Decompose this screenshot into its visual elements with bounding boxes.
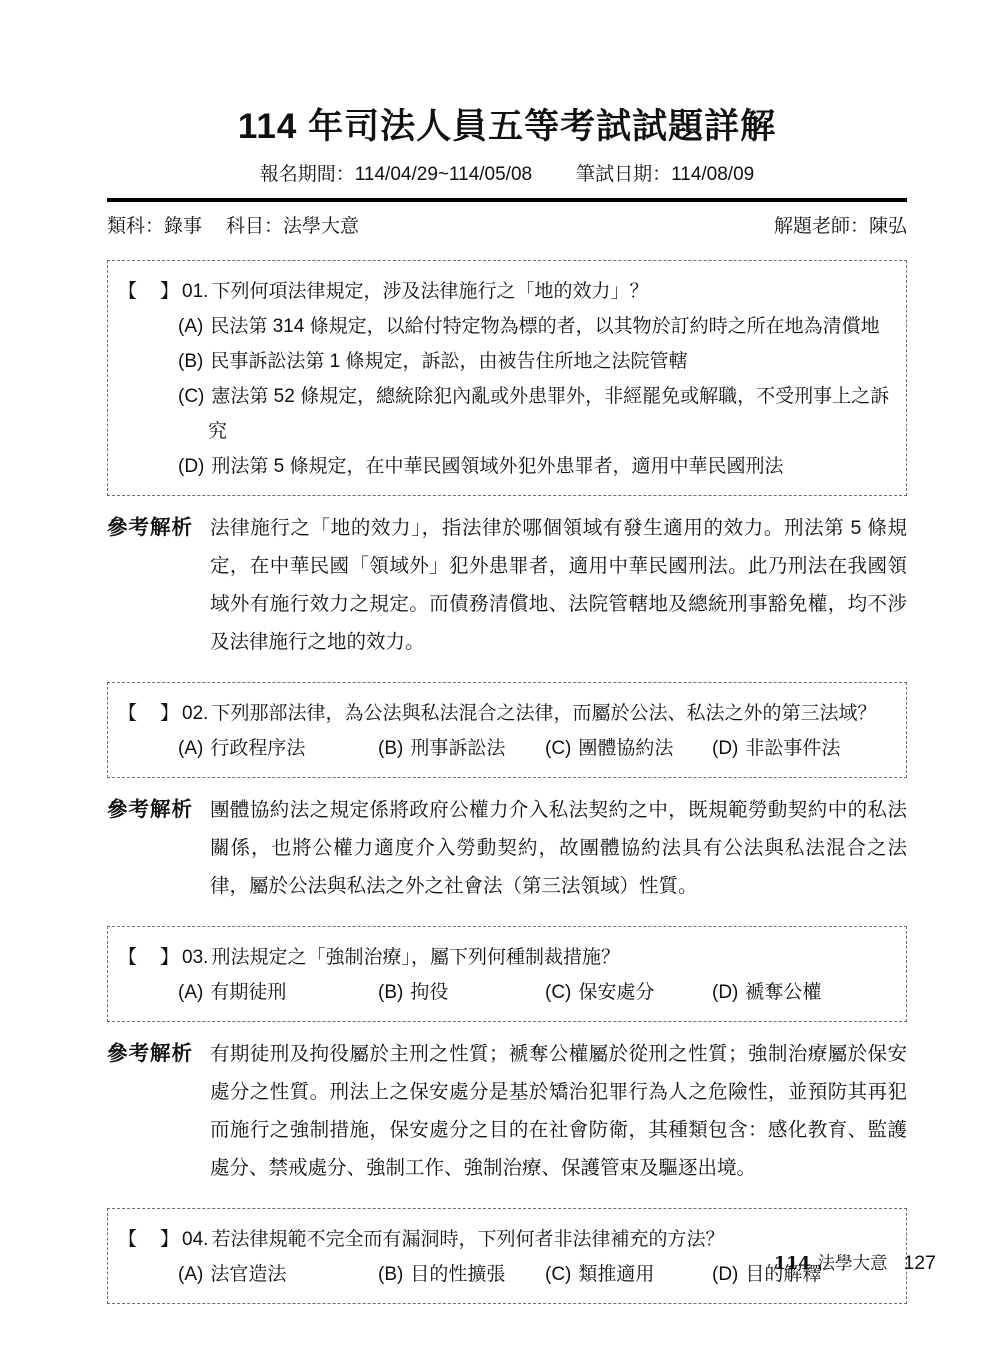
option-a: (A)行政程序法: [178, 731, 378, 766]
option-key: (D): [178, 456, 204, 477]
analysis-section-02: 參考解析 團體協約法之規定係將政府公權力介入私法契約之中，既規範勞動契約中的私法…: [107, 791, 907, 905]
exam-solution-page: 114 年司法人員五等考試試題詳解 報名期間：114/04/29~114/05/…: [107, 0, 907, 1304]
option-c: (C)類推適用: [545, 1257, 712, 1292]
answer-bracket: 【 】: [118, 1222, 181, 1257]
option-key: (A): [178, 738, 203, 759]
footer-page-number: 127: [903, 1252, 936, 1275]
option-key: (C): [545, 1264, 571, 1285]
header-divider: [107, 198, 907, 202]
question-line: 【 】 01. 下列何項法律規定，涉及法律施行之「地的效力」？: [118, 274, 892, 309]
option-a: (A)民法第 314 條規定，以給付特定物為標的者，以其物於訂約時之所在地為清償…: [178, 309, 892, 344]
option-key: (B): [378, 738, 403, 759]
meta-left: 類科：錄事 科目：法學大意: [107, 215, 359, 239]
registration-period: 報名期間：114/04/29~114/05/08: [260, 159, 532, 186]
option-c: (C)憲法第 52 條規定，總統除犯內亂或外患罪外，非經罷免或解職，不受刑事上之…: [178, 379, 892, 449]
question-stem: 下列何項法律規定，涉及法律施行之「地的效力」？: [211, 274, 648, 309]
option-text: 民法第 314 條規定，以給付特定物為標的者，以其物於訂約時之所在地為清償地: [210, 316, 879, 337]
option-text: 有期徒刑: [210, 982, 286, 1003]
option-b: (B)民事訴訟法第 1 條規定，訴訟，由被告住所地之法院管轄: [178, 344, 892, 379]
option-key: (C): [178, 386, 204, 407]
option-c: (C)團體協約法: [545, 731, 712, 766]
options-list: (A)有期徒刑 (B)拘役 (C)保安處分 (D)褫奪公權: [178, 975, 892, 1010]
option-key: (A): [178, 1264, 203, 1285]
question-line: 【 】 02. 下列那部法律，為公法與私法混合之法律，而屬於公法、私法之外的第三…: [118, 696, 892, 731]
option-key: (A): [178, 316, 203, 337]
option-text: 目的性擴張: [410, 1264, 505, 1285]
option-key: (A): [178, 982, 203, 1003]
question-number: 01.: [182, 274, 208, 309]
option-text: 刑法第 5 條規定，在中華民國領域外犯外患罪者，適用中華民國刑法: [211, 456, 783, 477]
option-b: (B)拘役: [378, 975, 545, 1010]
option-c: (C)保安處分: [545, 975, 712, 1010]
answer-bracket: 【 】: [118, 940, 181, 975]
option-text: 褫奪公權: [745, 982, 821, 1003]
option-key: (B): [178, 351, 203, 372]
option-a: (A)法官造法: [178, 1257, 378, 1292]
analysis-section-01: 參考解析 法律施行之「地的效力」，指法律於哪個領域有發生適用的效力。刑法第 5 …: [107, 509, 907, 661]
analysis-text: 法律施行之「地的效力」，指法律於哪個領域有發生適用的效力。刑法第 5 條規定，在…: [210, 509, 907, 661]
option-text: 法官造法: [210, 1264, 286, 1285]
option-d: (D)褫奪公權: [712, 975, 892, 1010]
footer-year: 114: [774, 1254, 811, 1274]
subject-label: 科目：法學大意: [226, 215, 359, 239]
option-key: (B): [378, 1264, 403, 1285]
page-footer: 114 法學大意 127: [774, 1250, 936, 1275]
option-text: 保安處分: [578, 982, 654, 1003]
category-label: 類科：錄事: [107, 215, 202, 239]
question-stem: 下列那部法律，為公法與私法混合之法律，而屬於公法、私法之外的第三法域？: [211, 696, 876, 731]
option-a: (A)有期徒刑: [178, 975, 378, 1010]
option-text: 憲法第 52 條規定，總統除犯內亂或外患罪外，非經罷免或解職，不受刑事上之訴究: [208, 386, 889, 442]
footer-subject: 法學大意: [817, 1250, 887, 1275]
options-list: (A)民法第 314 條規定，以給付特定物為標的者，以其物於訂約時之所在地為清償…: [178, 309, 892, 484]
option-key: (C): [545, 982, 571, 1003]
question-number: 03.: [182, 940, 208, 975]
question-number: 04.: [182, 1222, 208, 1257]
option-text: 拘役: [410, 982, 448, 1003]
option-text: 行政程序法: [210, 738, 305, 759]
question-box-01: 【 】 01. 下列何項法律規定，涉及法律施行之「地的效力」？ (A)民法第 3…: [107, 260, 907, 496]
option-text: 類推適用: [578, 1264, 654, 1285]
option-text: 刑事訴訟法: [410, 738, 505, 759]
option-key: (D): [712, 982, 738, 1003]
question-stem: 若法律規範不完全而有漏洞時，下列何者非法律補充的方法？: [211, 1222, 724, 1257]
question-line: 【 】 03. 刑法規定之「強制治療」，屬下列何種制裁措施？: [118, 940, 892, 975]
analysis-text: 有期徒刑及拘役屬於主刑之性質；褫奪公權屬於從刑之性質；強制治療屬於保安處分之性質…: [210, 1035, 907, 1187]
analysis-label: 參考解析: [107, 1035, 210, 1187]
option-d: (D)刑法第 5 條規定，在中華民國領域外犯外患罪者，適用中華民國刑法: [178, 449, 892, 484]
page-title: 114 年司法人員五等考試試題詳解: [107, 106, 907, 148]
option-key: (D): [712, 1264, 738, 1285]
option-b: (B)刑事訴訟法: [378, 731, 545, 766]
question-box-03: 【 】 03. 刑法規定之「強制治療」，屬下列何種制裁措施？ (A)有期徒刑 (…: [107, 926, 907, 1022]
question-stem: 刑法規定之「強制治療」，屬下列何種制裁措施？: [211, 940, 620, 975]
analysis-label: 參考解析: [107, 509, 210, 661]
options-list: (A)行政程序法 (B)刑事訴訟法 (C)團體協約法 (D)非訟事件法: [178, 731, 892, 766]
exam-dates-row: 報名期間：114/04/29~114/05/08 筆試日期：114/08/09: [107, 159, 907, 186]
option-key: (C): [545, 738, 571, 759]
option-b: (B)目的性擴張: [378, 1257, 545, 1292]
answer-bracket: 【 】: [118, 274, 181, 309]
option-key: (D): [712, 738, 738, 759]
question-box-02: 【 】 02. 下列那部法律，為公法與私法混合之法律，而屬於公法、私法之外的第三…: [107, 682, 907, 778]
analysis-section-03: 參考解析 有期徒刑及拘役屬於主刑之性質；褫奪公權屬於從刑之性質；強制治療屬於保安…: [107, 1035, 907, 1187]
analysis-label: 參考解析: [107, 791, 210, 905]
meta-row: 類科：錄事 科目：法學大意 解題老師：陳弘: [107, 215, 907, 239]
option-text: 非訟事件法: [745, 738, 840, 759]
option-d: (D)非訟事件法: [712, 731, 892, 766]
option-key: (B): [378, 982, 403, 1003]
written-exam-date: 筆試日期：114/08/09: [576, 159, 754, 186]
analysis-text: 團體協約法之規定係將政府公權力介入私法契約之中，既規範勞動契約中的私法關係，也將…: [210, 791, 907, 905]
option-text: 民事訴訟法第 1 條規定，訴訟，由被告住所地之法院管轄: [210, 351, 687, 372]
question-number: 02.: [182, 696, 208, 731]
option-text: 團體協約法: [578, 738, 673, 759]
teacher-label: 解題老師：陳弘: [774, 215, 907, 239]
answer-bracket: 【 】: [118, 696, 181, 731]
